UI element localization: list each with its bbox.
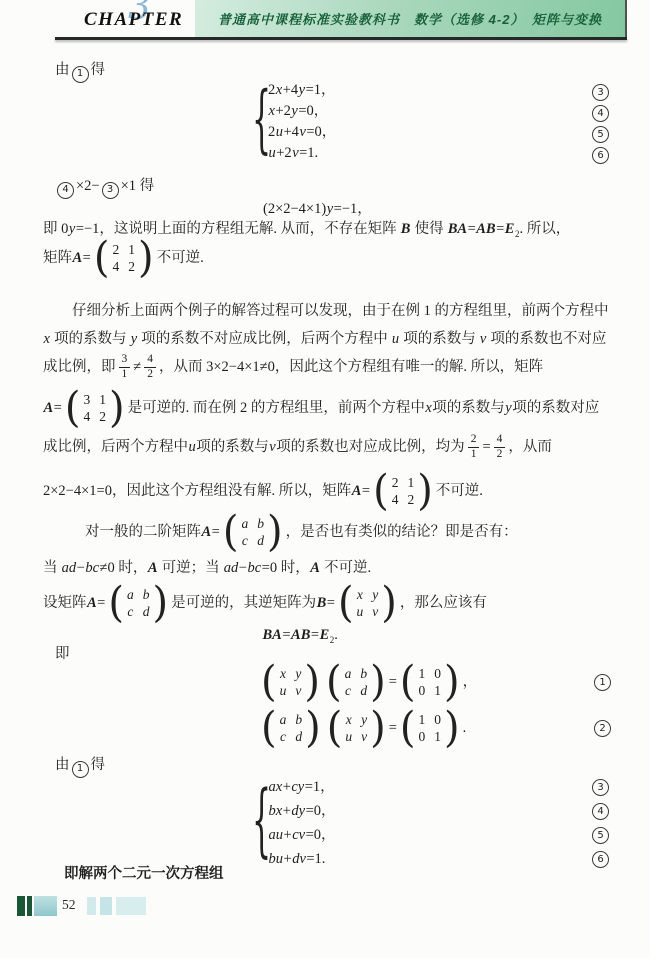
matrix: (3142)	[65, 390, 125, 426]
equation-number-4: 4	[592, 803, 609, 820]
paragraph-line: 仔细分析上面两个例子的解答过程可以发现，由于在例 1 的方程组里，前两个方程中	[43, 301, 609, 321]
paragraph-line: 2×2−4×1=0，因此这个方程组没有解. 所以，矩阵 A=(2142)不可逆.	[43, 471, 483, 511]
matrix-equation-1: (xyuv)(abcd)=(1001)，	[258, 661, 477, 703]
equation-centered: (2×2−4×1)y=−1，	[263, 199, 372, 219]
text-line-determinant-condition: 当 ad−bc≠0 时，A 可逆；当 ad−bc=0 时，A 不可逆.	[43, 558, 371, 578]
equation-row: bx+dy=0，	[268, 799, 336, 823]
paragraph-line: 成比例，后两个方程中 u 项的系数与 v 项的系数也对应成比例，均为21=42，…	[43, 431, 552, 463]
equation-system-1: 2x+4y=1， x+2y=0， 2u+4v=0， u+2v=1.	[268, 79, 336, 163]
equation-number-6: 6	[592, 851, 609, 868]
equation-number-5: 5	[592, 827, 609, 844]
text-line-namely: 即	[55, 644, 70, 664]
footer-ornament-block	[116, 897, 146, 915]
text-line-general-matrix: 对一般的二阶矩阵 A=(abcd)，是否也有类似的结论？即是否有：	[85, 512, 518, 552]
text-line-inverse-definition: 设矩阵 A=(abcd)是可逆的，其逆矩阵为 B=(xyuv)，那么应该有	[43, 582, 487, 624]
matrix: (abcd)	[108, 585, 168, 621]
equation-number-1: 1	[594, 674, 611, 691]
equation-row: ax+cy=1，	[268, 775, 336, 799]
matrix: (1001)	[400, 710, 460, 746]
text-line-from-eq1: 由1得	[55, 60, 105, 83]
footer-ornament-block	[17, 896, 25, 916]
equation-number-5: 5	[592, 126, 609, 143]
paragraph-line: A=(3142)是可逆的. 而在例 2 的方程组里，前两个方程中 x 项的系数与…	[43, 388, 599, 428]
equation-number-4: 4	[592, 105, 609, 122]
equation-row: au+cv=0，	[268, 823, 336, 847]
equation-system-2: ax+cy=1， bx+dy=0， au+cv=0， bu+dv=1.	[268, 775, 336, 871]
header-band: 普通高中课程标准实验教科书 数学（选修 4-2） 矩阵与变换	[195, 0, 627, 37]
equation-number-2: 2	[594, 720, 611, 737]
equation-ba-ab-e2: BA=AB=E2.	[262, 625, 338, 650]
matrix: (abcd)	[223, 514, 283, 550]
text-line-matrix-a-not-invertible: 矩阵 A=(2142)不可逆.	[43, 239, 204, 277]
paragraph-line: x 项的系数与 y 项的系数不对应成比例，后两个方程中 u 项的系数与 v 项的…	[43, 329, 606, 349]
text-line-deduction: 4×2−3×1 得	[55, 176, 154, 199]
matrix-equation-2: (abcd)(xyuv)=(1001).	[258, 707, 466, 749]
paragraph-line: 成比例，即31≠42，从而 3×2−4×1≠0，因此这个方程组有唯一的解. 所以…	[43, 351, 543, 383]
equation-row: x+2y=0，	[268, 100, 336, 121]
equation-number-3: 3	[592, 779, 609, 796]
matrix: (xyuv)	[338, 585, 397, 621]
matrix: (xyuv)	[261, 664, 320, 700]
equation-number-3: 3	[592, 84, 609, 101]
matrix: (xyuv)	[327, 710, 386, 746]
book-title: 普通高中课程标准实验教科书 数学（选修 4-2） 矩阵与变换	[218, 9, 602, 28]
header-rule	[55, 37, 627, 40]
text-line-from-eq1: 由1得	[55, 755, 105, 778]
footer-ornament-block	[27, 896, 32, 916]
matrix: (abcd)	[261, 710, 321, 746]
equation-row: bu+dv=1.	[268, 847, 336, 871]
equation-number-6: 6	[592, 147, 609, 164]
matrix: (2142)	[94, 240, 154, 276]
matrix: (abcd)	[326, 664, 386, 700]
footer-ornament-block	[100, 897, 112, 915]
text-line-solve-systems: 即解两个二元一次方程组	[64, 864, 224, 884]
chapter-label: CHAPTER	[84, 9, 183, 31]
matrix: (1001)	[400, 664, 460, 700]
equation-row: 2x+4y=1，	[268, 79, 336, 100]
equation-row: 2u+4v=0，	[268, 121, 336, 142]
footer-ornament-block	[34, 896, 57, 916]
matrix: (2142)	[373, 473, 433, 509]
footer-ornament-block	[87, 897, 96, 915]
textbook-page: 3 CHAPTER 普通高中课程标准实验教科书 数学（选修 4-2） 矩阵与变换…	[0, 0, 650, 958]
equation-row: u+2v=1.	[268, 142, 336, 163]
page-number: 52	[62, 897, 76, 913]
